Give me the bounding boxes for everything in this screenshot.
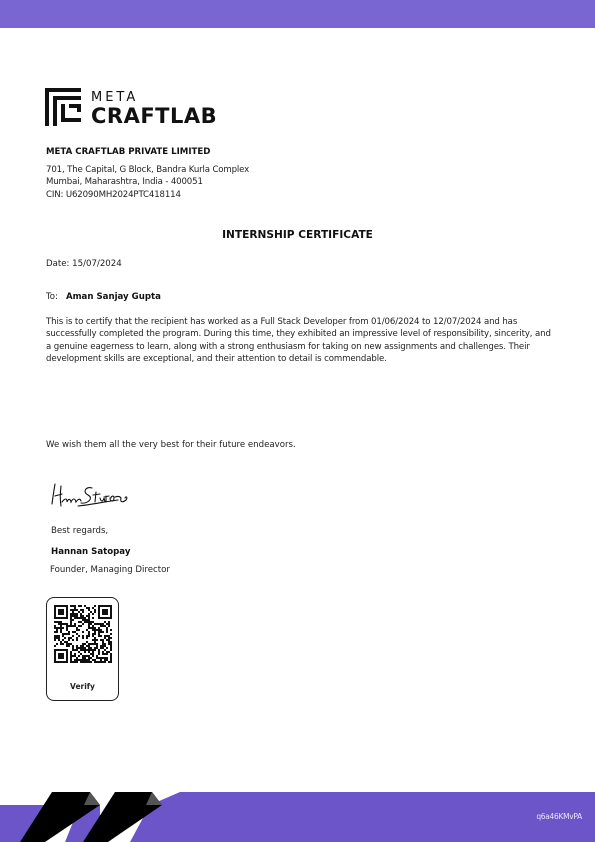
verify-label[interactable]: Verify	[47, 682, 118, 691]
company-address: 701, The Capital, G Block, Bandra Kurla …	[46, 164, 249, 201]
address-line: Mumbai, Maharashtra, India - 400051	[46, 176, 249, 188]
company-name: META CRAFTLAB PRIVATE LIMITED	[46, 147, 210, 157]
signer-role: Founder, Managing Director	[50, 565, 170, 575]
closing-wish: We wish them all the very best for their…	[46, 440, 296, 450]
verify-qr-card[interactable]: Verify	[46, 597, 119, 701]
certificate-date: Date: 15/07/2024	[46, 259, 122, 269]
recipient-name: Aman Sanjay Gupta	[66, 292, 161, 302]
meta-craftlab-logo-mark-icon	[45, 88, 81, 126]
qr-code-icon[interactable]	[54, 605, 112, 663]
cin-line: CIN: U62090MH2024PTC418114	[46, 189, 249, 201]
footer-band	[0, 780, 595, 842]
recipient-line: To:Aman Sanjay Gupta	[46, 292, 161, 302]
signer-name: Hannan Satopay	[51, 547, 130, 557]
handwritten-signature-icon	[48, 482, 134, 512]
certificate-title: INTERNSHIP CERTIFICATE	[222, 229, 373, 241]
regards-text: Best regards,	[51, 526, 108, 536]
top-accent-bar	[0, 0, 595, 28]
certificate-title-row: INTERNSHIP CERTIFICATE	[0, 229, 595, 241]
certificate-body: This is to certify that the recipient ha…	[46, 316, 556, 365]
document-id-code: q6a46KMvPA	[536, 812, 582, 821]
date-label: Date:	[46, 259, 69, 269]
logo-text-craftlab: CRAFTLAB	[91, 104, 217, 128]
to-label: To:	[46, 292, 58, 302]
date-value: 15/07/2024	[72, 259, 122, 269]
logo-text-meta: META	[91, 90, 138, 105]
address-line: 701, The Capital, G Block, Bandra Kurla …	[46, 164, 249, 176]
